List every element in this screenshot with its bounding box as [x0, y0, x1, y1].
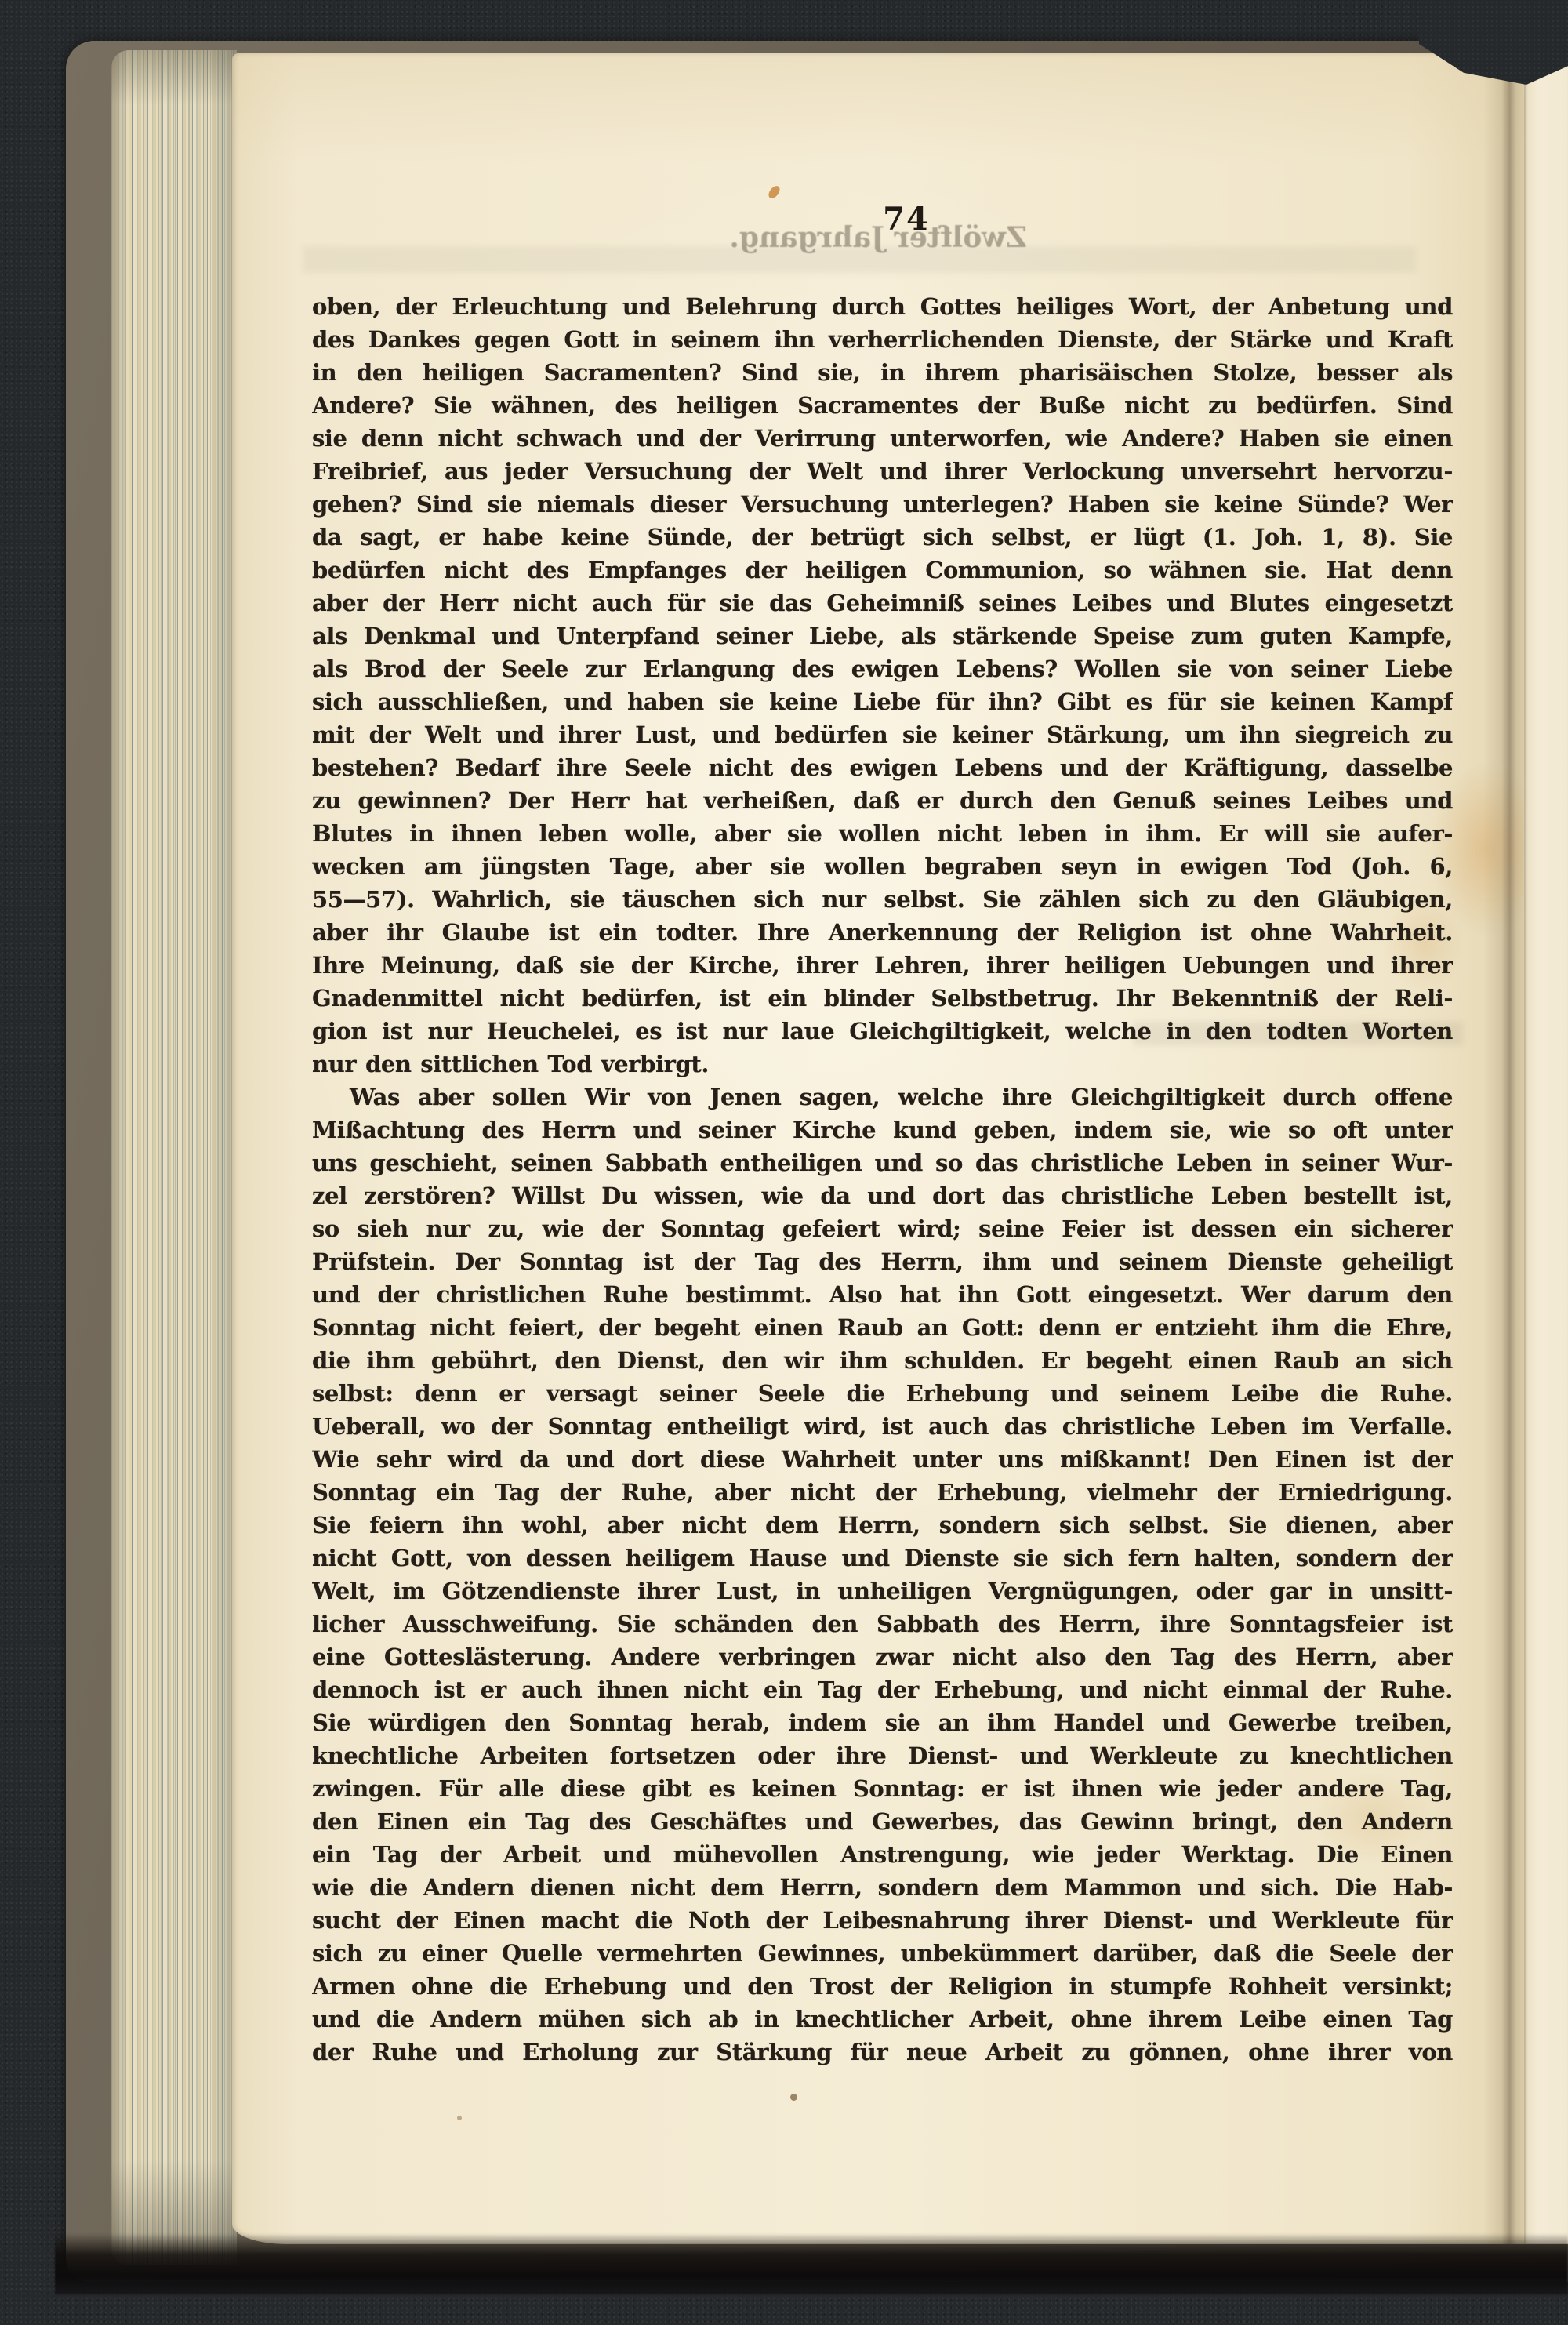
- text-line: aber der Herr nicht auch für sie das Geh…: [312, 587, 1453, 619]
- text-line: gehen? Sind sie niemals dieser Versuchun…: [312, 488, 1453, 521]
- text-line: und der christlichen Ruhe bestimmt. Also…: [312, 1278, 1453, 1311]
- text-line: aber ihr Glaube ist ein todter. Ihre Ane…: [312, 916, 1453, 949]
- paragraph: Was aber sollen Wir von Jenen sagen, wel…: [312, 1081, 1453, 2069]
- text-line: Sonntag nicht feiert, der begeht einen R…: [312, 1311, 1453, 1344]
- text-line: mit der Welt und ihrer Lust, und bedürfe…: [312, 718, 1453, 751]
- book-scan: Zwölfter Jahrgang. 74 oben, der Erleucht…: [0, 0, 1568, 2325]
- text-line: licher Ausschweifung. Sie schänden den S…: [312, 1608, 1453, 1640]
- text-line: die ihm gebührt, den Dienst, den wir ihm…: [312, 1344, 1453, 1377]
- text-line: nur den sittlichen Tod verbirgt.: [312, 1048, 1453, 1081]
- text-line: Wie sehr wird da und dort diese Wahrheit…: [312, 1443, 1453, 1476]
- foxing-stain: [767, 184, 782, 201]
- text-line: Andere? Sie wähnen, des heiligen Sacrame…: [312, 389, 1453, 422]
- facing-page-edge: [1524, 53, 1568, 2244]
- text-line: sucht der Einen macht die Noth der Leibe…: [312, 1904, 1453, 1937]
- gutter-fold-shadow: [1483, 53, 1529, 2244]
- text-line: zu gewinnen? Der Herr hat verheißen, daß…: [312, 784, 1453, 817]
- text-line: selbst: denn er versagt seiner Seele die…: [312, 1377, 1453, 1410]
- text-line: zel zerstören? Willst Du wissen, wie da …: [312, 1179, 1453, 1212]
- text-line: des Dankes gegen Gott in seinem ihn verh…: [312, 323, 1453, 356]
- text-line: Mißachtung des Herrn und seiner Kirche k…: [312, 1113, 1453, 1146]
- text-line: ein Tag der Arbeit und mühevollen Anstre…: [312, 1838, 1453, 1871]
- text-line: Armen ohne die Erhebung und den Trost de…: [312, 1970, 1453, 2003]
- text-line: nicht Gott, von dessen heiligem Hause un…: [312, 1542, 1453, 1575]
- text-line: in den heiligen Sacramenten? Sind sie, i…: [312, 356, 1453, 389]
- text-line: bedürfen nicht des Empfanges der heilige…: [312, 554, 1453, 587]
- text-line: knechtliche Arbeiten fortsetzen oder ihr…: [312, 1739, 1453, 1772]
- text-line: der Ruhe und Erholung zur Stärkung für n…: [312, 2036, 1453, 2069]
- text-line: Sie würdigen den Sonntag herab, indem si…: [312, 1706, 1453, 1739]
- text-line: so sieh nur zu, wie der Sonntag gefeiert…: [312, 1212, 1453, 1245]
- text-line: Gnadenmittel nicht bedürfen, ist ein bli…: [312, 982, 1453, 1015]
- text-line: Blutes in ihnen leben wolle, aber sie wo…: [312, 817, 1453, 850]
- text-line: oben, der Erleuchtung und Belehrung durc…: [312, 290, 1453, 323]
- text-line: sie denn nicht schwach und der Verirrung…: [312, 422, 1453, 455]
- paragraph: oben, der Erleuchtung und Belehrung durc…: [312, 290, 1453, 1081]
- text-line: Ihre Meinung, daß sie der Kirche, ihrer …: [312, 949, 1453, 982]
- text-line: Freibrief, aus jeder Versuchung der Welt…: [312, 455, 1453, 488]
- text-line: Ueberall, wo der Sonntag entheiligt wird…: [312, 1410, 1453, 1443]
- text-line: eine Gotteslästerung. Andere verbringen …: [312, 1640, 1453, 1673]
- text-line: wie die Andern dienen nicht dem Herrn, s…: [312, 1871, 1453, 1904]
- text-line: sich zu einer Quelle vermehrten Gewinnes…: [312, 1937, 1453, 1970]
- text-line: als Brod der Seele zur Erlangung des ewi…: [312, 652, 1453, 685]
- page-stack-fore-edge: [111, 50, 237, 2265]
- foxing-stain: [457, 2116, 462, 2120]
- text-line: Sonntag ein Tag der Ruhe, aber nicht der…: [312, 1476, 1453, 1509]
- text-line: den Einen ein Tag des Geschäftes und Gew…: [312, 1805, 1453, 1838]
- text-line: sich ausschließen, und haben sie keine L…: [312, 685, 1453, 718]
- text-line: als Denkmal und Unterpfand seiner Liebe,…: [312, 619, 1453, 652]
- text-line: Welt, im Götzendienste ihrer Lust, in un…: [312, 1575, 1453, 1608]
- text-line: 55—57). Wahrlich, sie täuschen sich nur …: [312, 883, 1453, 916]
- text-line: da sagt, er habe keine Sünde, der betrüg…: [312, 521, 1453, 554]
- text-line: wecken am jüngsten Tage, aber sie wollen…: [312, 850, 1453, 883]
- text-line: Prüfstein. Der Sonntag ist der Tag des H…: [312, 1245, 1453, 1278]
- text-line: bestehen? Bedarf ihre Seele nicht des ew…: [312, 751, 1453, 784]
- text-line: Sie feiern ihn wohl, aber nicht dem Herr…: [312, 1509, 1453, 1542]
- text-line: zwingen. Für alle diese gibt es keinen S…: [312, 1772, 1453, 1805]
- book-page: Zwölfter Jahrgang. 74 oben, der Erleucht…: [232, 53, 1568, 2244]
- text-line: uns geschieht, seinen Sabbath entheilige…: [312, 1146, 1453, 1179]
- bottom-shadow: [55, 2233, 1568, 2294]
- text-line: und die Andern mühen sich ab in knechtli…: [312, 2003, 1453, 2036]
- page-number: 74: [851, 201, 961, 238]
- text-line: gion ist nur Heuchelei, es ist nur laue …: [312, 1015, 1453, 1048]
- text-block: oben, der Erleuchtung und Belehrung durc…: [312, 290, 1453, 2069]
- text-line: dennoch ist er auch ihnen nicht ein Tag …: [312, 1673, 1453, 1706]
- text-line: Was aber sollen Wir von Jenen sagen, wel…: [312, 1081, 1453, 1113]
- foxing-stain: [790, 2094, 797, 2101]
